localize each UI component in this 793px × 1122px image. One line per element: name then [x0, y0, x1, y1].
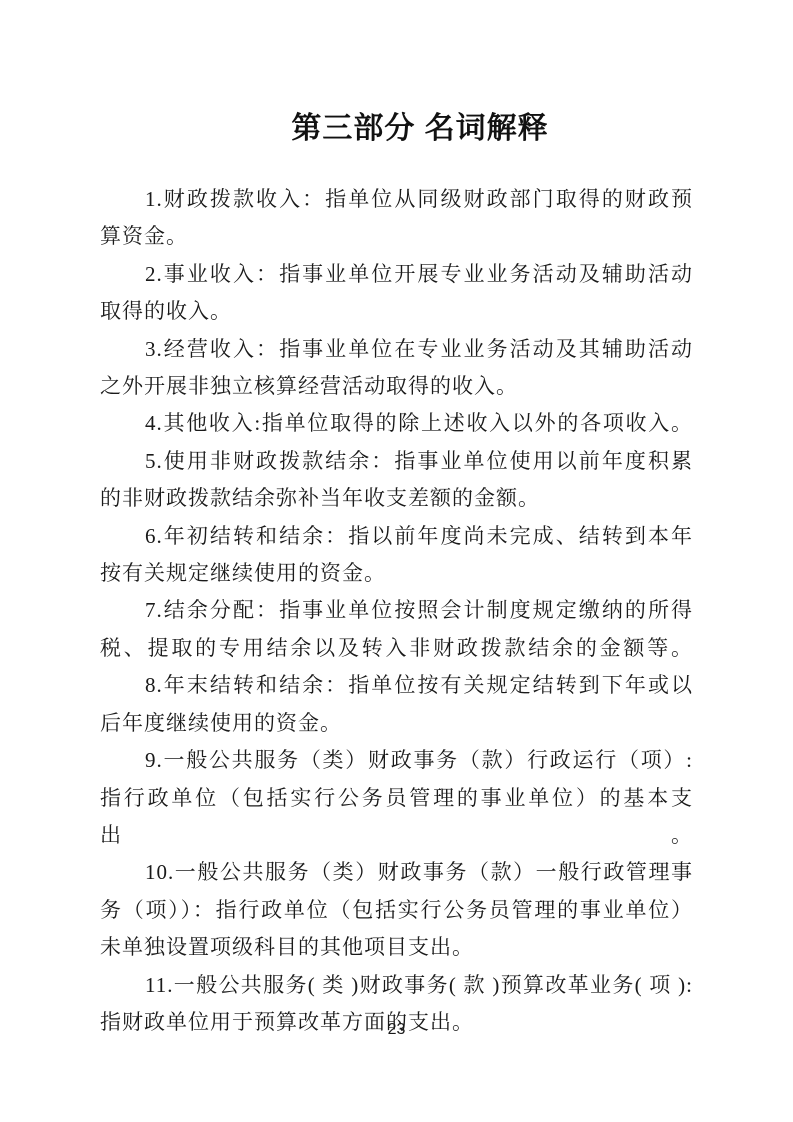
body-line: 的非财政拨款结余弥补当年收支差额的金额。 [100, 480, 693, 517]
body-line: 8.年末结转和结余：指单位按有关规定结转到下年或以 [100, 667, 693, 704]
definition-paragraph: 2.事业收入：指事业单位开展专业业务活动及辅助活动 取得的收入。 [100, 256, 693, 331]
body-line: 税、提取的专用结余以及转入非财政拨款结余的金额等。 [100, 630, 693, 667]
body-line: 务（项））：指行政单位（包括实行公务员管理的事业单位） [100, 892, 693, 929]
page-number: 23 [0, 1019, 793, 1041]
body-line: 之外开展非独立核算经营活动取得的收入。 [100, 368, 693, 405]
body-line: 算资金。 [100, 218, 693, 255]
body-line: 10.一般公共服务（类）财政事务（款）一般行政管理事 [100, 854, 693, 891]
definitions-body: 1.财政拨款收入：指单位从同级财政部门取得的财政预 算资金。 2.事业收入：指事… [100, 181, 693, 1041]
definition-paragraph: 4.其他收入:指单位取得的除上述收入以外的各项收入。 [100, 405, 693, 442]
body-line: 11.一般公共服务( 类 )财政事务( 款 )预算改革业务( 项 ): [100, 967, 693, 1004]
definition-paragraph: 9.一般公共服务（类）财政事务（款）行政运行（项）: 指行政单位（包括实行公务员… [100, 742, 693, 854]
body-line: 5.使用非财政拨款结余：指事业单位使用以前年度积累 [100, 443, 693, 480]
body-line: 4.其他收入:指单位取得的除上述收入以外的各项收入。 [100, 405, 693, 442]
definition-paragraph: 1.财政拨款收入：指单位从同级财政部门取得的财政预 算资金。 [100, 181, 693, 256]
body-line: 取得的收入。 [100, 293, 693, 330]
document-page: 第三部分 名词解释 1.财政拨款收入：指单位从同级财政部门取得的财政预 算资金。… [0, 0, 793, 1122]
body-line: 9.一般公共服务（类）财政事务（款）行政运行（项）: [100, 742, 693, 779]
body-line: 指行政单位（包括实行公务员管理的事业单位）的基本支出。 [100, 780, 693, 855]
body-line: 3.经营收入：指事业单位在专业业务活动及其辅助活动 [100, 331, 693, 368]
definition-paragraph: 6.年初结转和结余：指以前年度尚未完成、结转到本年 按有关规定继续使用的资金。 [100, 518, 693, 593]
definition-paragraph: 5.使用非财政拨款结余：指事业单位使用以前年度积累 的非财政拨款结余弥补当年收支… [100, 443, 693, 518]
body-line: 未单独设置项级科目的其他项目支出。 [100, 929, 693, 966]
body-line: 6.年初结转和结余：指以前年度尚未完成、结转到本年 [100, 518, 693, 555]
body-line: 后年度继续使用的资金。 [100, 705, 693, 742]
page-title: 第三部分 名词解释 [47, 108, 793, 150]
definition-paragraph: 3.经营收入：指事业单位在专业业务活动及其辅助活动 之外开展非独立核算经营活动取… [100, 331, 693, 406]
body-line: 按有关规定继续使用的资金。 [100, 555, 693, 592]
definition-paragraph: 7.结余分配：指事业单位按照会计制度规定缴纳的所得 税、提取的专用结余以及转入非… [100, 592, 693, 667]
body-line: 7.结余分配：指事业单位按照会计制度规定缴纳的所得 [100, 592, 693, 629]
body-line: 2.事业收入：指事业单位开展专业业务活动及辅助活动 [100, 256, 693, 293]
body-line: 1.财政拨款收入：指单位从同级财政部门取得的财政预 [100, 181, 693, 218]
definition-paragraph: 8.年末结转和结余：指单位按有关规定结转到下年或以 后年度继续使用的资金。 [100, 667, 693, 742]
definition-paragraph: 10.一般公共服务（类）财政事务（款）一般行政管理事 务（项））：指行政单位（包… [100, 854, 693, 966]
